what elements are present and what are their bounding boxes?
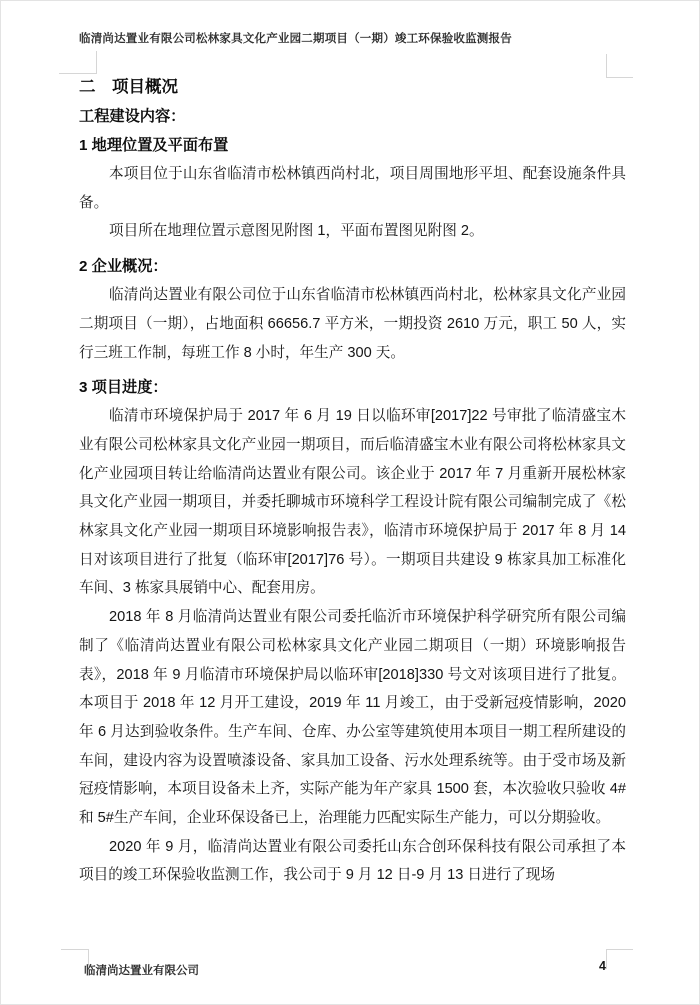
intro-heading: 工程建设内容：	[79, 102, 626, 131]
section-1-paragraph-1: 本项目位于山东省临清市松林镇西尚村北，项目周围地形平坦、配套设施条件具备。	[79, 160, 626, 217]
margin-mark-bottom-right	[606, 949, 633, 969]
section-3-paragraph-2: 2018 年 8 月临清尚达置业有限公司委托临沂市环境保护科学研究所有限公司编制…	[79, 603, 626, 833]
document-body: 二 项目概况 工程建设内容： 1 地理位置及平面布置 本项目位于山东省临清市松林…	[79, 73, 626, 890]
footer-company-name: 临清尚达置业有限公司	[84, 962, 199, 978]
running-header: 临清尚达置业有限公司松林家具文化产业园二期项目（一期）竣工环保验收监测报告	[79, 30, 639, 46]
section-1-heading: 1 地理位置及平面布置	[79, 131, 626, 160]
section-1-paragraph-2: 项目所在地理位置示意图见附图 1，平面布置图见附图 2。	[79, 217, 626, 246]
section-3-heading: 3 项目进度：	[79, 373, 626, 402]
document-page: 临清尚达置业有限公司松林家具文化产业园二期项目（一期）竣工环保验收监测报告 二 …	[0, 0, 700, 1005]
section-2-heading: 2 企业概况：	[79, 252, 626, 281]
section-3-paragraph-3: 2020 年 9 月，临清尚达置业有限公司委托山东合创环保科技有限公司承担了本项…	[79, 833, 626, 890]
chapter-heading: 二 项目概况	[79, 73, 626, 102]
margin-mark-top-left	[59, 51, 97, 74]
section-3-paragraph-1: 临清市环境保护局于 2017 年 6 月 19 日以临环审[2017]22 号审…	[79, 402, 626, 603]
page-number: 4	[599, 959, 606, 973]
section-2-paragraph-1: 临清尚达置业有限公司位于山东省临清市松林镇西尚村北，松林家具文化产业园二期项目（…	[79, 281, 626, 367]
